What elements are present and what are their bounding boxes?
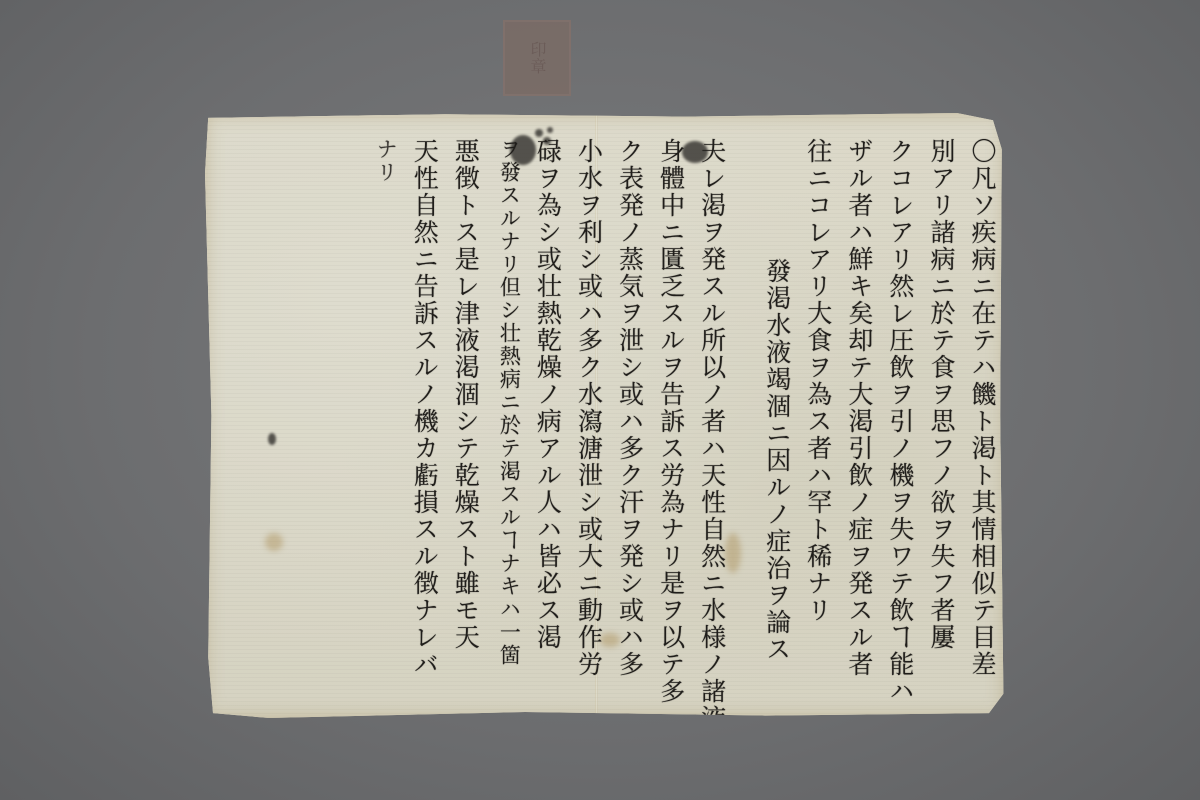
text-column-5: 往ニコレアリ大食ヲ為ス者ハ罕ト稀ナリ [796,138,831,713]
text-column-7: 夫レ渇ヲ発スル所以ノ者ハ天性自然ニ水様ノ諸液ノ [690,138,725,713]
text-column-1: 〇凡ソ疾病ニ在テハ饑ト渇ト其情相似テ目差 [960,138,995,713]
text-column-3: クコレアリ然レ圧飲ヲ引ノ機ヲ失ワテ飲ヿ能ハ [878,138,913,713]
ink-blot [547,127,553,133]
seal-glyphs: 印章 [527,41,547,75]
text-column-10: 小水ヲ利シ或ハ多ク水瀉溏泄シ或大ニ動作労 [566,138,601,713]
text-column-14: 天性自然ニ告訴スルノ機カ虧損スル徴ナレバ [402,138,437,713]
text-column-2: 別アリ諸病ニ於テ食ヲ思フノ欲ヲ失フ者屢 [919,138,954,713]
seal-stamp: 印章 [503,20,571,96]
text-column-13: 悪徴トス是レ津液渇涸シテ乾燥スト雖モ天 [443,138,478,713]
ink-blot [268,433,276,445]
text-column-12: ヲ發スルナリ但シ壮熱病ニ於テ渇スルヿナキハ一箇 [484,138,519,713]
manuscript-page: 〇凡ソ疾病ニ在テハ饑ト渇ト其情相似テ目差 別アリ諸病ニ於テ食ヲ思フノ欲ヲ失フ者屢… [205,113,1005,718]
text-column-15: ナリ [361,138,396,713]
section-heading: 發渇水液竭涸ニ因ルノ症治ヲ論ス [755,138,790,713]
text-column-9: ク表発ノ蒸気ヲ泄シ或ハ多ク汗ヲ発シ或ハ多 [607,138,642,713]
text-column-4: ザル者ハ鮮キ矣却テ大渇引飲ノ症ヲ発スル者 [837,138,872,713]
ink-blot [535,129,543,137]
text-column-8: 身體中ニ匱乏スルヲ告訴ス労為ナリ是ヲ以テ多 [649,138,684,713]
foxing-stain [265,533,283,551]
text-column-11: 碌ヲ為シ或壮熱乾燥ノ病アル人ハ皆必ス渇 [525,138,560,713]
text-columns: 〇凡ソ疾病ニ在テハ饑ト渇ト其情相似テ目差 別アリ諸病ニ於テ食ヲ思フノ欲ヲ失フ者屢… [355,138,995,713]
